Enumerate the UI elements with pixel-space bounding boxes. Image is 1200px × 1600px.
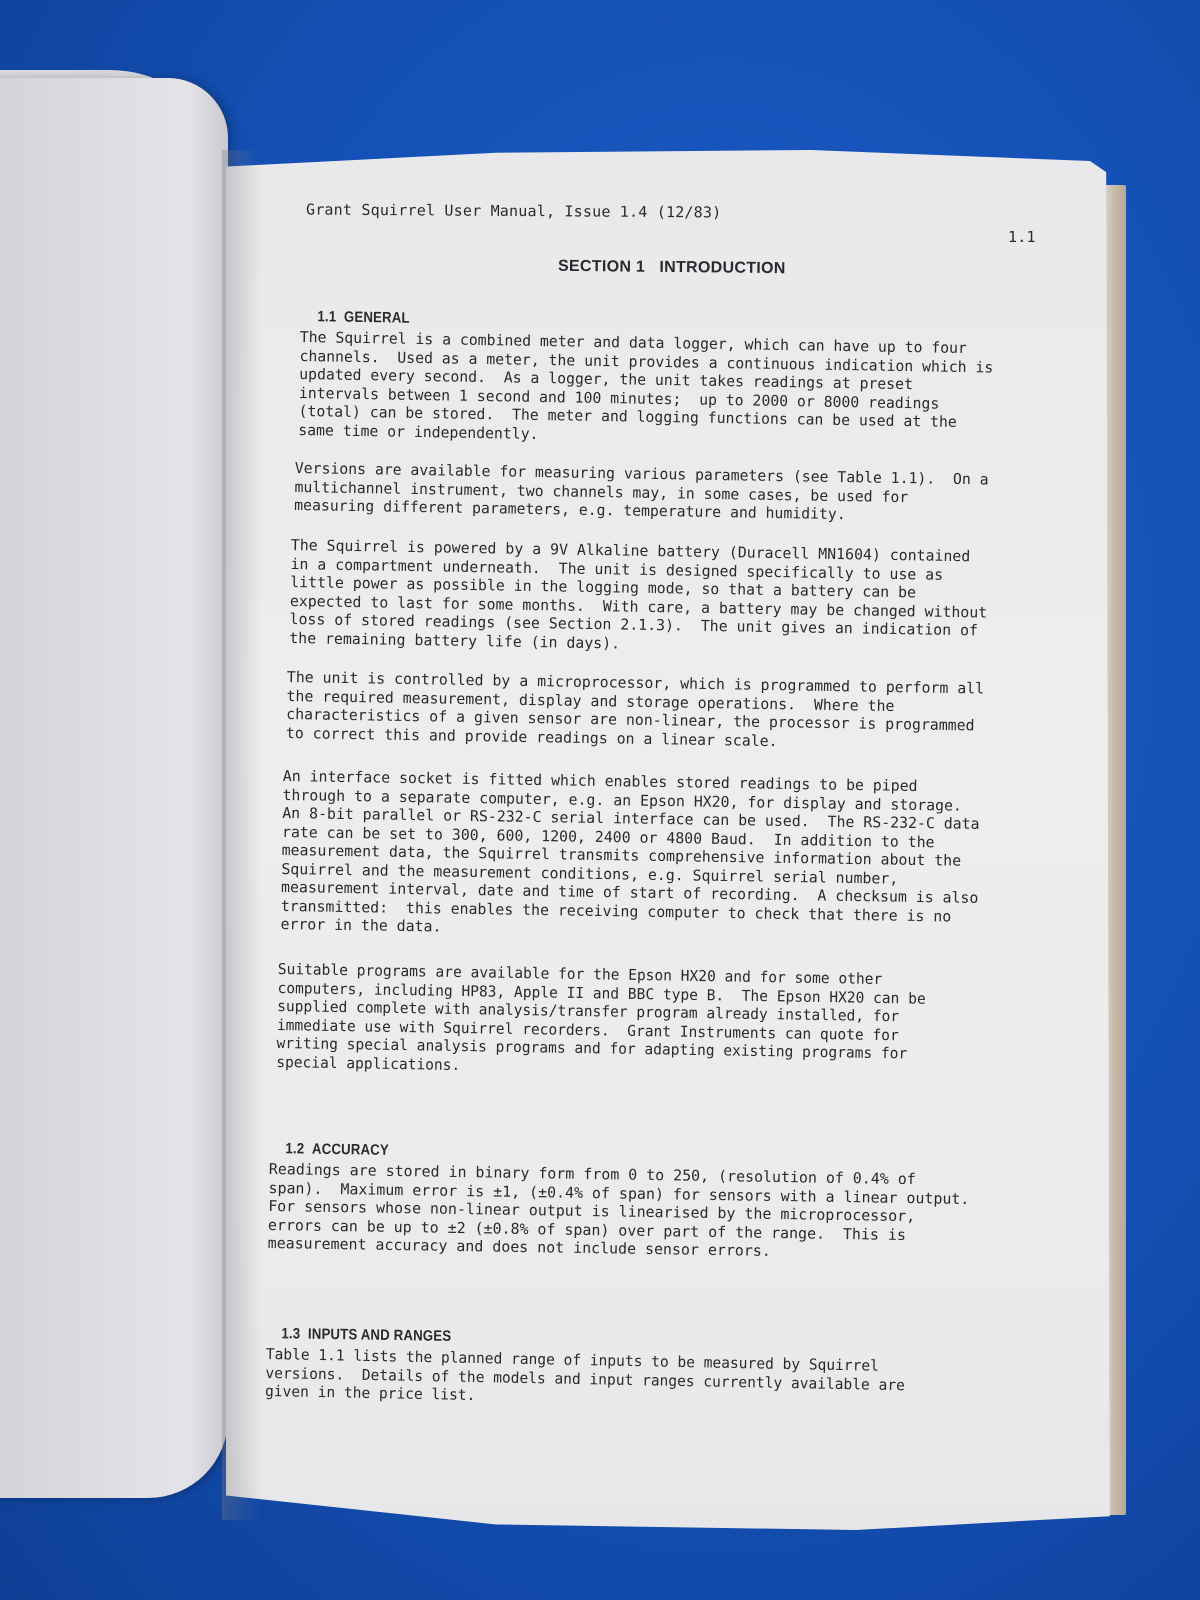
- running-header: Grant Squirrel User Manual, Issue 1.4 (1…: [306, 201, 722, 222]
- paragraph-general-6: Suitable programs are available for the …: [276, 960, 926, 1082]
- paragraph-general-3: The Squirrel is powered by a 9V Alkaline…: [289, 536, 988, 659]
- paragraph-accuracy: Readings are stored in binary form from …: [268, 1160, 970, 1263]
- heading-text: INPUTS AND RANGES: [308, 1326, 452, 1345]
- section-title: SECTION 1 INTRODUCTION: [558, 258, 786, 278]
- paragraph-general-1: The Squirrel is a combined meter and dat…: [298, 328, 994, 450]
- heading-text: ACCURACY: [312, 1141, 389, 1159]
- paragraph-general-5: An interface socket is fitted which enab…: [280, 767, 980, 944]
- heading-number: 1.1: [317, 308, 336, 325]
- heading-text: GENERAL: [344, 309, 410, 327]
- manual-page: Grant Squirrel User Manual, Issue 1.4 (1…: [0, 0, 1200, 1600]
- page-number: 1.1: [1008, 228, 1036, 246]
- paragraph-inputs: Table 1.1 lists the planned range of inp…: [265, 1345, 905, 1413]
- heading-number: 1.3: [281, 1325, 300, 1342]
- paragraph-general-4: The unit is controlled by a microprocess…: [286, 668, 984, 754]
- paragraph-general-2: Versions are available for measuring var…: [294, 459, 989, 526]
- heading-number: 1.2: [285, 1140, 304, 1157]
